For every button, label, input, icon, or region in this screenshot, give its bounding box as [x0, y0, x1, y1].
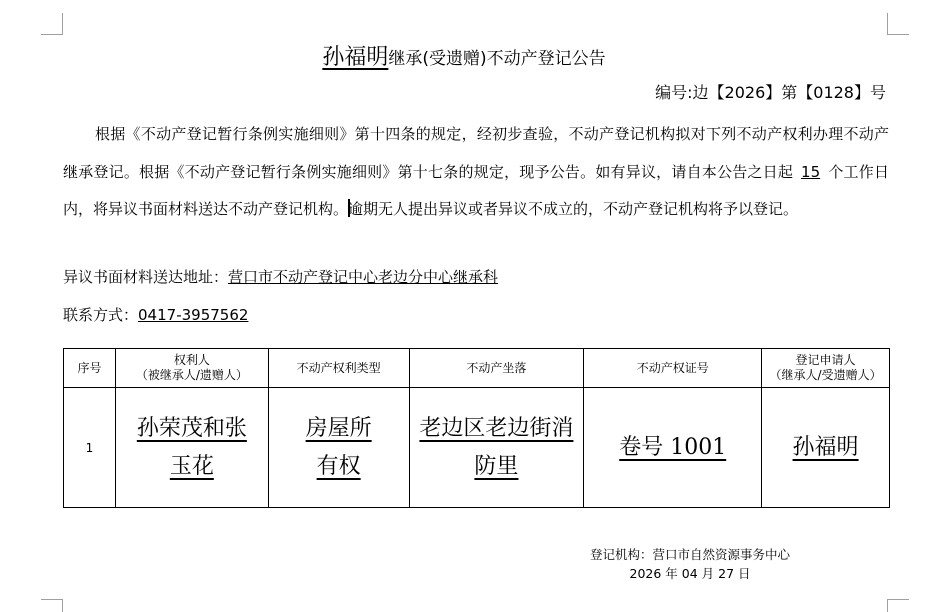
title-applicant-name[interactable]: 孙福明: [322, 45, 388, 70]
cell-owner[interactable]: 孙荣茂和张玉花: [115, 388, 268, 508]
registration-agency: 登记机构：营口市自然资源事务中心: [560, 545, 820, 564]
page-corner-mark-bottom-right: [887, 599, 909, 612]
page-corner-mark-top-right: [887, 13, 909, 35]
body-part-1: 根据《不动产登记暂行条例实施细则》第十四条的规定，经初步查验，不动产登记机构拟对…: [63, 125, 889, 181]
contact-info: 联系方式：0417-3957562: [63, 304, 248, 325]
table-row: 1 孙荣茂和张玉花 房屋所有权 老边区老边街消防里 卷号 1001 孙福明: [64, 388, 890, 508]
cell-right-type[interactable]: 房屋所有权: [268, 388, 409, 508]
cell-seq: 1: [64, 388, 116, 508]
document-title: 孙福明继承(受遗赠)不动产登记公告: [0, 40, 928, 71]
body-part-3: 逾期无人提出异议或者异议不成立的，不动产登记机构将予以登记。: [348, 200, 798, 218]
cell-location[interactable]: 老边区老边街消防里: [409, 388, 584, 508]
cell-applicant[interactable]: 孙福明: [762, 388, 890, 508]
objection-days-field[interactable]: 15: [793, 163, 828, 181]
header-location: 不动产坐落: [409, 349, 584, 388]
document-number: 编号:边【2026】第【0128】号: [655, 80, 886, 103]
page-corner-mark-bottom-left: [41, 599, 63, 612]
header-owner: 权利人（被继承人/遗赠人）: [115, 349, 268, 388]
address-value[interactable]: 营口市不动产登记中心老边分中心继承科: [228, 268, 498, 286]
table-header-row: 序号 权利人（被继承人/遗赠人） 不动产权利类型 不动产坐落 不动产权证号 登记…: [64, 349, 890, 388]
objection-address: 异议书面材料送达地址：营口市不动产登记中心老边分中心继承科: [63, 266, 498, 287]
address-label: 异议书面材料送达地址：: [63, 268, 228, 286]
header-right-type: 不动产权利类型: [268, 349, 409, 388]
title-text: 继承(受遗赠)不动产登记公告: [388, 49, 605, 69]
signature-block: 登记机构：营口市自然资源事务中心 2026 年 04 月 27 日: [560, 545, 820, 583]
header-cert-no: 不动产权证号: [584, 349, 762, 388]
announcement-body[interactable]: 根据《不动产登记暂行条例实施细则》第十四条的规定，经初步查验，不动产登记机构拟对…: [63, 116, 889, 229]
registration-table: 序号 权利人（被继承人/遗赠人） 不动产权利类型 不动产坐落 不动产权证号 登记…: [63, 348, 890, 508]
header-applicant: 登记申请人（继承人/受遗赠人）: [762, 349, 890, 388]
contact-phone[interactable]: 0417-3957562: [138, 306, 248, 324]
announcement-date: 2026 年 04 月 27 日: [560, 564, 820, 583]
page-corner-mark-top-left: [41, 13, 63, 35]
cell-cert-no[interactable]: 卷号 1001: [584, 388, 762, 508]
contact-label: 联系方式：: [63, 306, 138, 324]
header-seq: 序号: [64, 349, 116, 388]
